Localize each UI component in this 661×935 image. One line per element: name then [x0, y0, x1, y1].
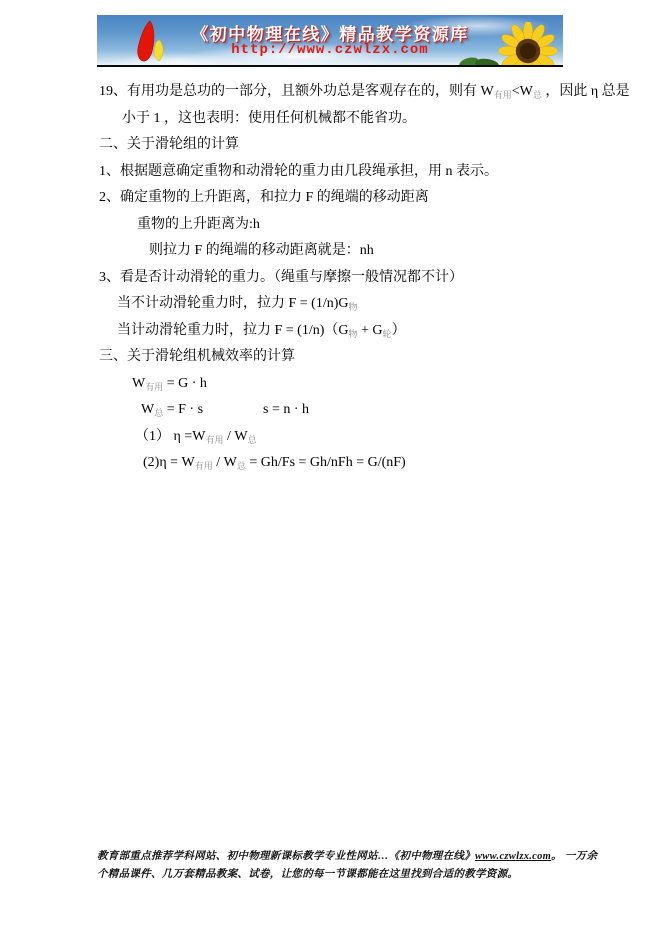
text-run: W [132, 376, 145, 391]
formula-subscript: 物 [349, 302, 358, 312]
text-run: 教育部重点推荐学科网站、初中物理新课标教学专业性网站…《初中物理在线》 [97, 851, 475, 862]
text-run: (2)η = W [143, 455, 195, 470]
text-run: <W [512, 84, 533, 99]
body-line: 2、确定重物的上升距离，和拉力 F 的绳端的移动距离 [97, 185, 597, 212]
text-run: 小于 1 ，这也表明：使用任何机械都不能省功。 [122, 111, 416, 126]
formula-subscript: 有用 [205, 435, 223, 445]
text-run: 1、根据题意确定重物和动滑轮的重力由几段绳承担，用 n 表示。 [99, 164, 498, 179]
formula-subscript: 有用 [145, 382, 163, 392]
text-run: + G [358, 323, 383, 338]
body-line: W总 = F · ss = n · h [97, 397, 597, 424]
text-run: / W [223, 429, 247, 444]
body-line: 小于 1 ，这也表明：使用任何机械都不能省功。 [97, 106, 597, 133]
text-run: = Gh/Fs = Gh/nFh = G/(nF) [246, 455, 406, 470]
text-run: 19、有用功是总功的一部分，且额外功总是客观存在的，则有 W [99, 84, 494, 99]
body-line: 1、根据题意确定重物和动滑轮的重力由几段绳承担，用 n 表示。 [97, 159, 597, 186]
formula-subscript: 总 [248, 435, 257, 445]
text-run: / W [213, 455, 237, 470]
body-line: (2)η = W有用 / W总 = Gh/Fs = Gh/nFh = G/(nF… [97, 450, 597, 477]
text-run: 个精品课件、几万套精品教案、试卷，让您的每一节课都能在这里找到合适的教学资源。 [97, 869, 518, 880]
formula-subscript: 总 [533, 90, 542, 100]
text-run: ，因此 η 总是 [542, 84, 630, 99]
formula-subscript: 物 [349, 329, 358, 339]
text-run: 当不计动滑轮重力时，拉力 F = (1/n)G [117, 296, 349, 311]
text-run: 当计动滑轮重力时，拉力 F = (1/n)（G [117, 323, 349, 338]
text-run: 重物的上升距离为:h [137, 217, 260, 232]
leaf-icon [459, 50, 501, 67]
text-run: s = n · h [263, 402, 309, 417]
formula-subscript: 总 [154, 408, 163, 418]
formula-subscript: 有用 [494, 90, 512, 100]
body-line: 三、关于滑轮组机械效率的计算 [97, 344, 597, 371]
site-banner: 《初中物理在线》精品教学资源库 http://www.czwlzx.com [97, 15, 563, 67]
text-run: （1） η =W [135, 429, 205, 444]
text-run: 二、关于滑轮组的计算 [99, 137, 239, 152]
footer-line: 个精品课件、几万套精品教案、试卷，让您的每一节课都能在这里找到合适的教学资源。 [97, 866, 569, 884]
text-run: = G · h [163, 376, 207, 391]
text-run: 2、确定重物的上升距离，和拉力 F 的绳端的移动距离 [99, 190, 429, 205]
text-run: 三、关于滑轮组机械效率的计算 [99, 349, 295, 364]
text-run: ） [392, 323, 406, 338]
text-run: = F · s [163, 402, 203, 417]
body-line: 二、关于滑轮组的计算 [97, 132, 597, 159]
document-page: 《初中物理在线》精品教学资源库 http://www.czwlzx.com [0, 0, 661, 935]
body-line: （1） η =W有用 / W总 [97, 424, 597, 451]
body-line: 当计动滑轮重力时，拉力 F = (1/n)（G物 + G轮） [97, 318, 597, 345]
body-line: 19、有用功是总功的一部分，且额外功总是客观存在的，则有 W有用<W总 ，因此 … [97, 79, 597, 106]
body-line: 当不计动滑轮重力时，拉力 F = (1/n)G物 [97, 291, 597, 318]
text-run: 3、看是否计动滑轮的重力。（绳重与摩擦一般情况都不计） [99, 270, 463, 285]
formula-subscript: 轮 [383, 329, 392, 339]
body-line: 则拉力 F 的绳端的移动距离就是：nh [97, 238, 597, 265]
footer-note: 教育部重点推荐学科网站、初中物理新课标教学专业性网站…《初中物理在线》www.c… [97, 848, 569, 883]
document-body: 19、有用功是总功的一部分，且额外功总是客观存在的，则有 W有用<W总 ，因此 … [97, 79, 597, 477]
text-run: 。 一万余 [551, 851, 597, 862]
body-line: W有用 = G · h [97, 371, 597, 398]
text-run: W [141, 402, 154, 417]
body-line: 重物的上升距离为:h [97, 212, 597, 239]
footer-url-link[interactable]: www.czwlzx.com [475, 851, 551, 862]
body-line: 3、看是否计动滑轮的重力。（绳重与摩擦一般情况都不计） [97, 265, 597, 292]
footer-line: 教育部重点推荐学科网站、初中物理新课标教学专业性网站…《初中物理在线》www.c… [97, 848, 569, 866]
sunflower-icon [499, 22, 557, 67]
formula-subscript: 有用 [195, 461, 213, 471]
text-run: 则拉力 F 的绳端的移动距离就是：nh [149, 243, 374, 258]
formula-subscript: 总 [237, 461, 246, 471]
